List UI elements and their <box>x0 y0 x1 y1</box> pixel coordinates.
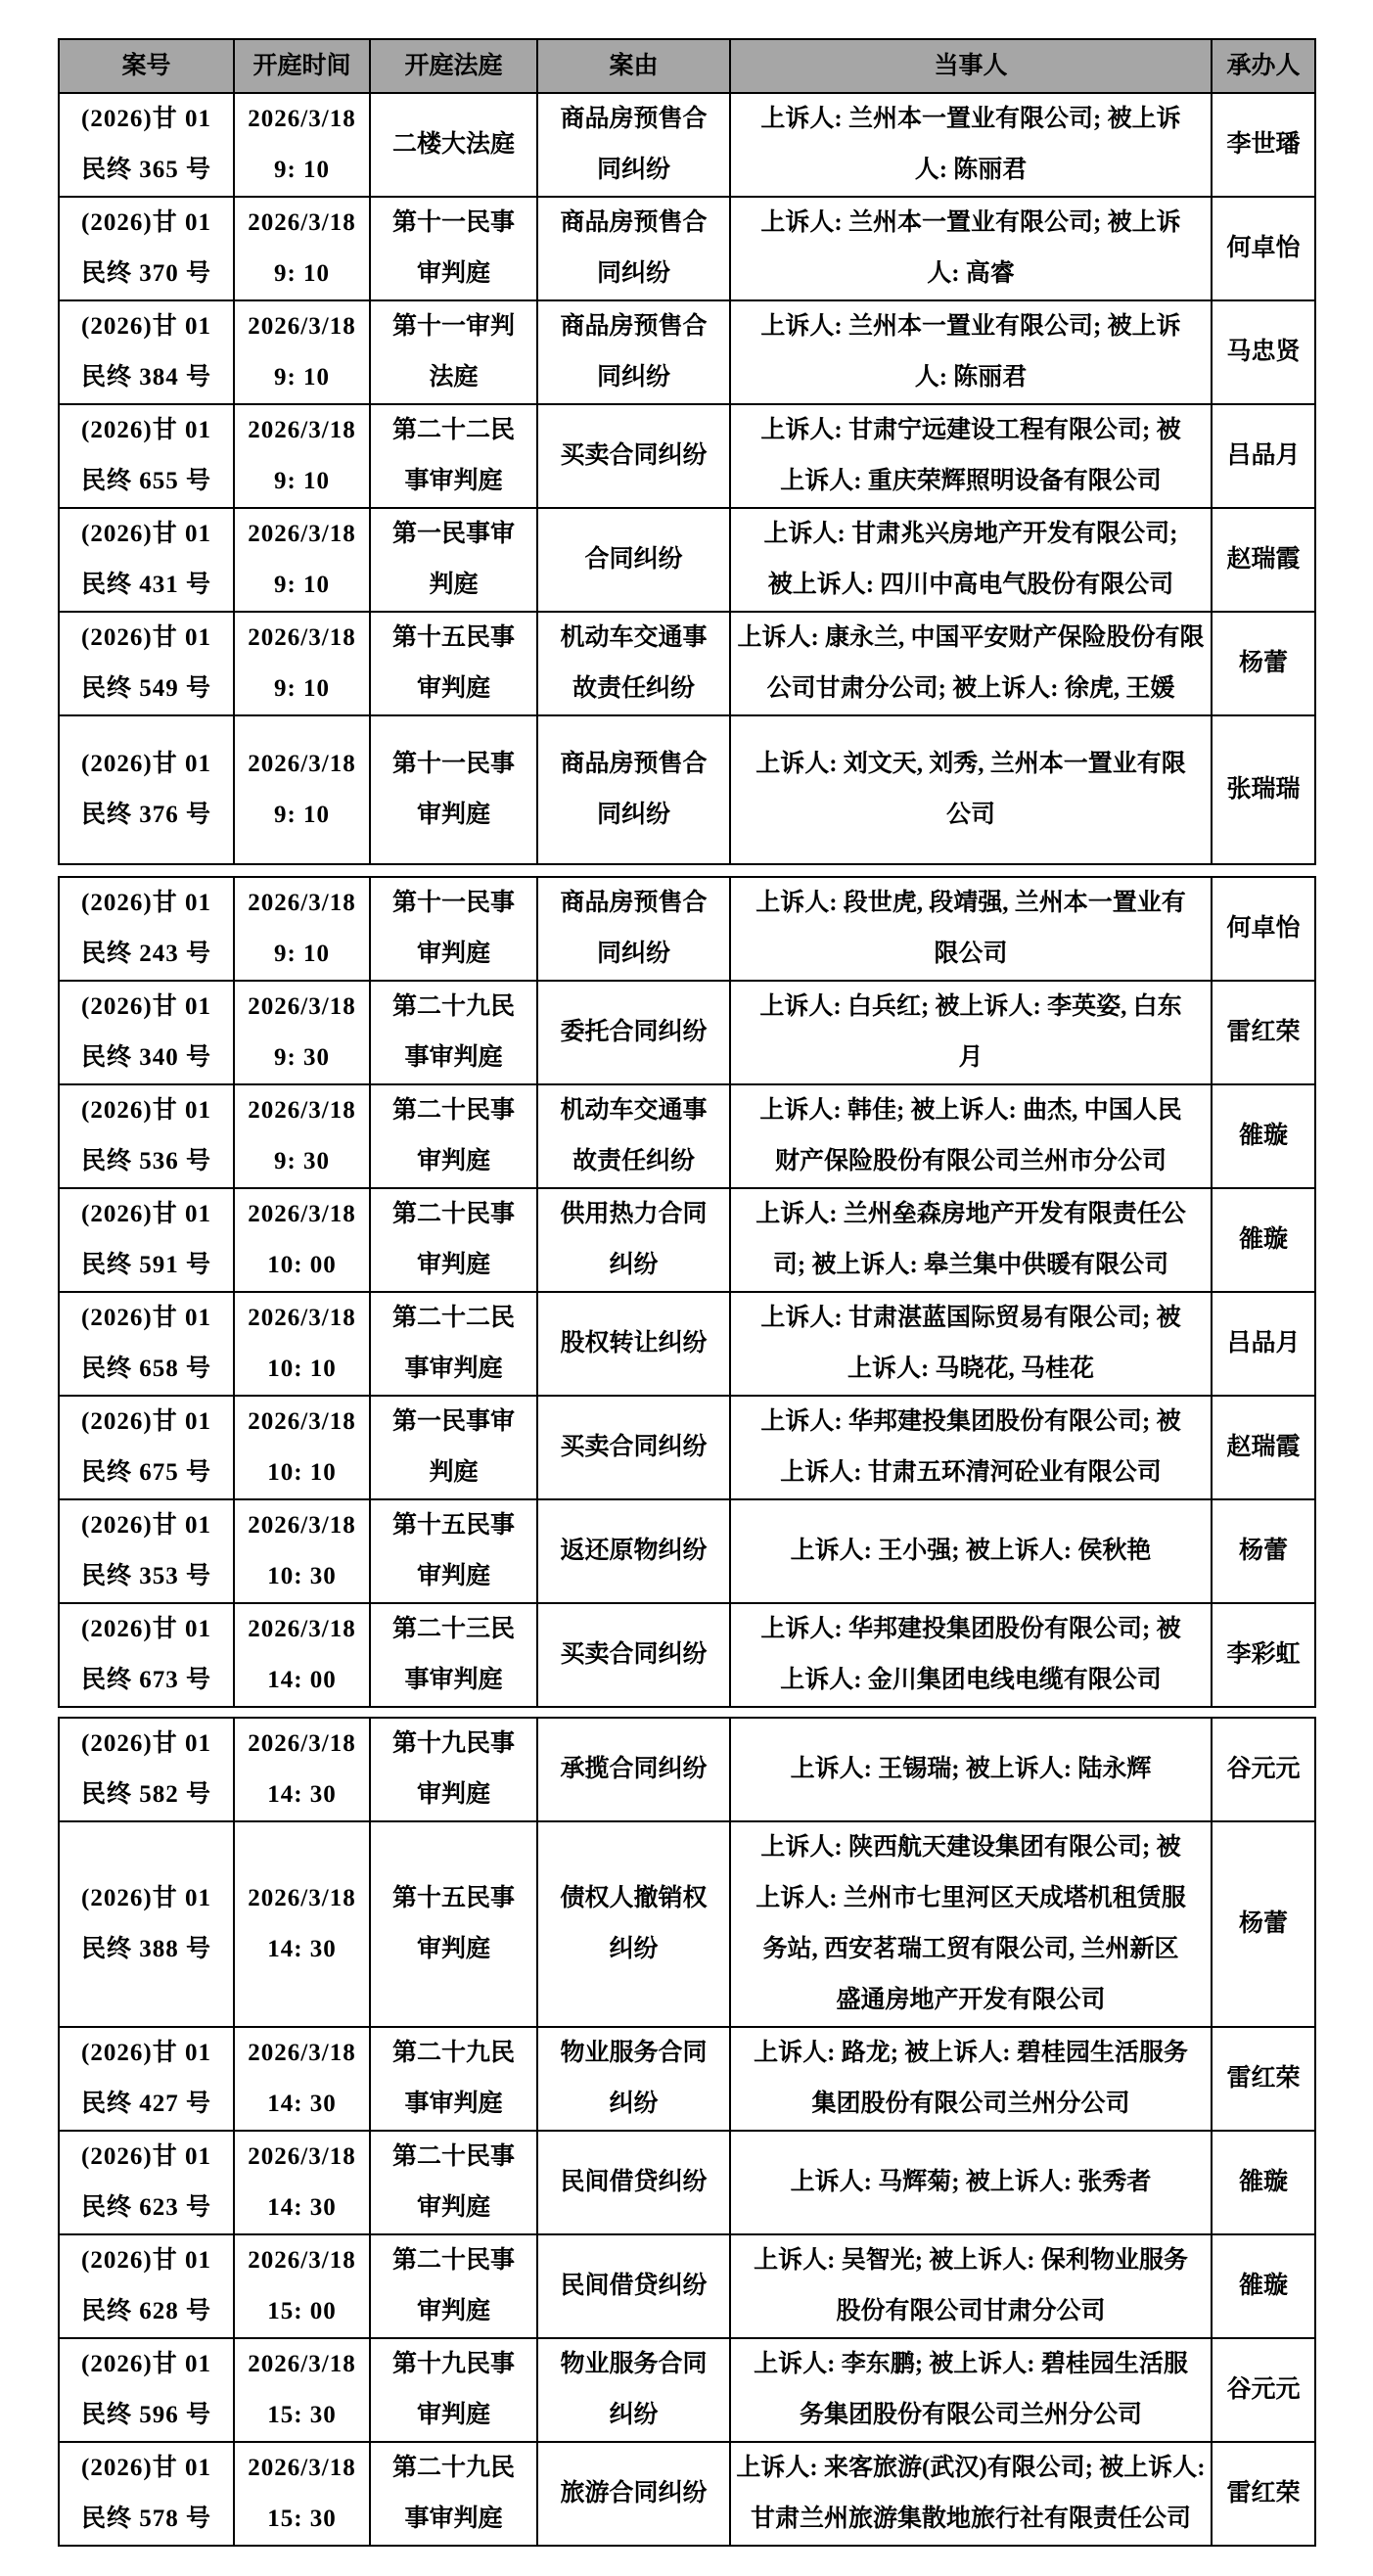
hearing-time: 2026/3/18 14: 30 <box>234 1821 370 2027</box>
parties: 上诉人: 王小强; 被上诉人: 侯秋艳 <box>730 1499 1212 1603</box>
cause-of-action: 合同纠纷 <box>537 508 730 612</box>
cause-of-action: 商品房预售合 同纠纷 <box>537 197 730 300</box>
table-row: (2026)甘 01 民终 431 号 2026/3/18 9: 10 第一民事… <box>59 508 1315 612</box>
hearing-time: 2026/3/18 9: 10 <box>234 877 370 981</box>
case-number: (2026)甘 01 民终 591 号 <box>59 1188 234 1292</box>
case-number: (2026)甘 01 民终 340 号 <box>59 981 234 1084</box>
table-row: (2026)甘 01 民终 675 号 2026/3/18 10: 10 第一民… <box>59 1396 1315 1499</box>
judge: 谷元元 <box>1212 2338 1315 2442</box>
judge: 雒璇 <box>1212 2131 1315 2234</box>
judge: 雒璇 <box>1212 1188 1315 1292</box>
parties: 上诉人: 兰州本一置业有限公司; 被上诉 人: 陈丽君 <box>730 300 1212 404</box>
courtroom: 第十五民事 审判庭 <box>370 1499 537 1603</box>
cause-of-action: 买卖合同纠纷 <box>537 1396 730 1499</box>
judge: 张瑞瑞 <box>1212 715 1315 864</box>
judge: 杨蕾 <box>1212 1821 1315 2027</box>
table-row: (2026)甘 01 民终 243 号 2026/3/18 9: 10 第十一民… <box>59 877 1315 981</box>
courtroom: 第十一民事 审判庭 <box>370 197 537 300</box>
judge: 吕品月 <box>1212 404 1315 508</box>
cause-of-action: 物业服务合同 纠纷 <box>537 2338 730 2442</box>
hearing-time: 2026/3/18 14: 30 <box>234 2131 370 2234</box>
case-number: (2026)甘 01 民终 388 号 <box>59 1821 234 2027</box>
judge: 雷红荣 <box>1212 2027 1315 2131</box>
cause-of-action: 返还原物纠纷 <box>537 1499 730 1603</box>
case-number: (2026)甘 01 民终 243 号 <box>59 877 234 981</box>
case-number: (2026)甘 01 民终 427 号 <box>59 2027 234 2131</box>
parties: 上诉人: 华邦建投集团股份有限公司; 被 上诉人: 甘肃五环清河砼业有限公司 <box>730 1396 1212 1499</box>
table-row: (2026)甘 01 民终 591 号 2026/3/18 10: 00 第二十… <box>59 1188 1315 1292</box>
table-row: (2026)甘 01 民终 628 号 2026/3/18 15: 00 第二十… <box>59 2234 1315 2338</box>
cause-of-action: 委托合同纠纷 <box>537 981 730 1084</box>
cause-of-action: 民间借贷纠纷 <box>537 2234 730 2338</box>
case-number: (2026)甘 01 民终 376 号 <box>59 715 234 864</box>
cause-of-action: 商品房预售合 同纠纷 <box>537 877 730 981</box>
header-cause: 案由 <box>537 39 730 93</box>
parties: 上诉人: 陕西航天建设集团有限公司; 被 上诉人: 兰州市七里河区天成塔机租赁服… <box>730 1821 1212 2027</box>
judge: 雒璇 <box>1212 2234 1315 2338</box>
judge: 杨蕾 <box>1212 1499 1315 1603</box>
hearing-time: 2026/3/18 9: 10 <box>234 93 370 197</box>
case-number: (2026)甘 01 民终 370 号 <box>59 197 234 300</box>
courtroom: 二楼大法庭 <box>370 93 537 197</box>
courtroom: 第十一审判 法庭 <box>370 300 537 404</box>
hearing-time: 2026/3/18 9: 30 <box>234 1084 370 1188</box>
schedule-table-1: 案号 开庭时间 开庭法庭 案由 当事人 承办人 (2026)甘 01 民终 36… <box>58 38 1316 865</box>
schedule-table-3: (2026)甘 01 民终 582 号 2026/3/18 14: 30 第十九… <box>58 1717 1316 2547</box>
parties: 上诉人: 马辉菊; 被上诉人: 张秀者 <box>730 2131 1212 2234</box>
table-row: (2026)甘 01 民终 353 号 2026/3/18 10: 30 第十五… <box>59 1499 1315 1603</box>
header-parties: 当事人 <box>730 39 1212 93</box>
hearing-time: 2026/3/18 10: 10 <box>234 1292 370 1396</box>
hearing-time: 2026/3/18 10: 00 <box>234 1188 370 1292</box>
header-row: 案号 开庭时间 开庭法庭 案由 当事人 承办人 <box>59 39 1315 93</box>
hearing-time: 2026/3/18 9: 10 <box>234 612 370 715</box>
hearing-time: 2026/3/18 9: 30 <box>234 981 370 1084</box>
parties: 上诉人: 白兵红; 被上诉人: 李英姿, 白东 月 <box>730 981 1212 1084</box>
table-row: (2026)甘 01 民终 340 号 2026/3/18 9: 30 第二十九… <box>59 981 1315 1084</box>
parties: 上诉人: 兰州本一置业有限公司; 被上诉 人: 高睿 <box>730 197 1212 300</box>
hearing-time: 2026/3/18 10: 30 <box>234 1499 370 1603</box>
schedule-table-2: (2026)甘 01 民终 243 号 2026/3/18 9: 10 第十一民… <box>58 876 1316 1708</box>
table-row: (2026)甘 01 民终 536 号 2026/3/18 9: 30 第二十民… <box>59 1084 1315 1188</box>
parties: 上诉人: 王锡瑞; 被上诉人: 陆永辉 <box>730 1718 1212 1821</box>
cause-of-action: 供用热力合同 纠纷 <box>537 1188 730 1292</box>
judge: 马忠贤 <box>1212 300 1315 404</box>
header-hearing-time: 开庭时间 <box>234 39 370 93</box>
courtroom: 第二十民事 审判庭 <box>370 2234 537 2338</box>
case-number: (2026)甘 01 民终 549 号 <box>59 612 234 715</box>
header-courtroom: 开庭法庭 <box>370 39 537 93</box>
hearing-time: 2026/3/18 10: 10 <box>234 1396 370 1499</box>
judge: 赵瑞霞 <box>1212 508 1315 612</box>
courtroom: 第二十九民 事审判庭 <box>370 2027 537 2131</box>
parties: 上诉人: 华邦建投集团股份有限公司; 被 上诉人: 金川集团电线电缆有限公司 <box>730 1603 1212 1707</box>
courtroom: 第十九民事 审判庭 <box>370 2338 537 2442</box>
parties: 上诉人: 康永兰, 中国平安财产保险股份有限 公司甘肃分公司; 被上诉人: 徐虎… <box>730 612 1212 715</box>
table-row: (2026)甘 01 民终 582 号 2026/3/18 14: 30 第十九… <box>59 1718 1315 1821</box>
parties: 上诉人: 甘肃宁远建设工程有限公司; 被 上诉人: 重庆荣辉照明设备有限公司 <box>730 404 1212 508</box>
judge: 雷红荣 <box>1212 981 1315 1084</box>
hearing-time: 2026/3/18 14: 00 <box>234 1603 370 1707</box>
case-number: (2026)甘 01 民终 536 号 <box>59 1084 234 1188</box>
parties: 上诉人: 吴智光; 被上诉人: 保利物业服务 股份有限公司甘肃分公司 <box>730 2234 1212 2338</box>
judge: 何卓怡 <box>1212 197 1315 300</box>
table-row: (2026)甘 01 民终 655 号 2026/3/18 9: 10 第二十二… <box>59 404 1315 508</box>
parties: 上诉人: 路龙; 被上诉人: 碧桂园生活服务 集团股份有限公司兰州分公司 <box>730 2027 1212 2131</box>
table-row: (2026)甘 01 民终 388 号 2026/3/18 14: 30 第十五… <box>59 1821 1315 2027</box>
hearing-time: 2026/3/18 15: 30 <box>234 2442 370 2546</box>
table-row: (2026)甘 01 民终 658 号 2026/3/18 10: 10 第二十… <box>59 1292 1315 1396</box>
courtroom: 第十九民事 审判庭 <box>370 1718 537 1821</box>
judge: 李世璠 <box>1212 93 1315 197</box>
case-number: (2026)甘 01 民终 623 号 <box>59 2131 234 2234</box>
judge: 赵瑞霞 <box>1212 1396 1315 1499</box>
table-row: (2026)甘 01 民终 376 号 2026/3/18 9: 10 第十一民… <box>59 715 1315 864</box>
case-number: (2026)甘 01 民终 578 号 <box>59 2442 234 2546</box>
table-row: (2026)甘 01 民终 673 号 2026/3/18 14: 00 第二十… <box>59 1603 1315 1707</box>
courtroom: 第十五民事 审判庭 <box>370 1821 537 2027</box>
courtroom: 第二十二民 事审判庭 <box>370 1292 537 1396</box>
hearing-time: 2026/3/18 14: 30 <box>234 1718 370 1821</box>
judge: 李彩虹 <box>1212 1603 1315 1707</box>
hearing-schedule-page: 案号 开庭时间 开庭法庭 案由 当事人 承办人 (2026)甘 01 民终 36… <box>0 0 1373 2576</box>
table-row: (2026)甘 01 民终 623 号 2026/3/18 14: 30 第二十… <box>59 2131 1315 2234</box>
table-row: (2026)甘 01 民终 578 号 2026/3/18 15: 30 第二十… <box>59 2442 1315 2546</box>
case-number: (2026)甘 01 民终 365 号 <box>59 93 234 197</box>
case-number: (2026)甘 01 民终 353 号 <box>59 1499 234 1603</box>
table-row: (2026)甘 01 民终 365 号 2026/3/18 9: 10 二楼大法… <box>59 93 1315 197</box>
courtroom: 第二十三民 事审判庭 <box>370 1603 537 1707</box>
judge: 雒璇 <box>1212 1084 1315 1188</box>
hearing-time: 2026/3/18 9: 10 <box>234 300 370 404</box>
hearing-time: 2026/3/18 14: 30 <box>234 2027 370 2131</box>
hearing-time: 2026/3/18 15: 30 <box>234 2338 370 2442</box>
parties: 上诉人: 韩佳; 被上诉人: 曲杰, 中国人民 财产保险股份有限公司兰州市分公司 <box>730 1084 1212 1188</box>
cause-of-action: 股权转让纠纷 <box>537 1292 730 1396</box>
parties: 上诉人: 李东鹏; 被上诉人: 碧桂园生活服 务集团股份有限公司兰州分公司 <box>730 2338 1212 2442</box>
courtroom: 第一民事审 判庭 <box>370 1396 537 1499</box>
cause-of-action: 买卖合同纠纷 <box>537 1603 730 1707</box>
judge: 何卓怡 <box>1212 877 1315 981</box>
cause-of-action: 商品房预售合 同纠纷 <box>537 715 730 864</box>
hearing-time: 2026/3/18 9: 10 <box>234 197 370 300</box>
hearing-time: 2026/3/18 15: 00 <box>234 2234 370 2338</box>
case-number: (2026)甘 01 民终 673 号 <box>59 1603 234 1707</box>
parties: 上诉人: 甘肃兆兴房地产开发有限公司; 被上诉人: 四川中高电气股份有限公司 <box>730 508 1212 612</box>
parties: 上诉人: 甘肃湛蓝国际贸易有限公司; 被 上诉人: 马晓花, 马桂花 <box>730 1292 1212 1396</box>
cause-of-action: 民间借贷纠纷 <box>537 2131 730 2234</box>
table-row: (2026)甘 01 民终 384 号 2026/3/18 9: 10 第十一审… <box>59 300 1315 404</box>
table-row: (2026)甘 01 民终 549 号 2026/3/18 9: 10 第十五民… <box>59 612 1315 715</box>
case-number: (2026)甘 01 民终 628 号 <box>59 2234 234 2338</box>
courtroom: 第二十二民 事审判庭 <box>370 404 537 508</box>
courtroom: 第二十九民 事审判庭 <box>370 2442 537 2546</box>
table-row: (2026)甘 01 民终 596 号 2026/3/18 15: 30 第十九… <box>59 2338 1315 2442</box>
parties: 上诉人: 段世虎, 段靖强, 兰州本一置业有 限公司 <box>730 877 1212 981</box>
cause-of-action: 物业服务合同 纠纷 <box>537 2027 730 2131</box>
courtroom: 第二十民事 审判庭 <box>370 1188 537 1292</box>
cause-of-action: 买卖合同纠纷 <box>537 404 730 508</box>
courtroom: 第二十民事 审判庭 <box>370 2131 537 2234</box>
case-number: (2026)甘 01 民终 675 号 <box>59 1396 234 1499</box>
cause-of-action: 承揽合同纠纷 <box>537 1718 730 1821</box>
cause-of-action: 机动车交通事 故责任纠纷 <box>537 1084 730 1188</box>
hearing-time: 2026/3/18 9: 10 <box>234 508 370 612</box>
courtroom: 第十一民事 审判庭 <box>370 715 537 864</box>
hearing-time: 2026/3/18 9: 10 <box>234 715 370 864</box>
case-number: (2026)甘 01 民终 582 号 <box>59 1718 234 1821</box>
judge: 谷元元 <box>1212 1718 1315 1821</box>
judge: 吕品月 <box>1212 1292 1315 1396</box>
courtroom: 第一民事审 判庭 <box>370 508 537 612</box>
table-row: (2026)甘 01 民终 370 号 2026/3/18 9: 10 第十一民… <box>59 197 1315 300</box>
cause-of-action: 债权人撤销权 纠纷 <box>537 1821 730 2027</box>
case-number: (2026)甘 01 民终 384 号 <box>59 300 234 404</box>
parties: 上诉人: 兰州本一置业有限公司; 被上诉 人: 陈丽君 <box>730 93 1212 197</box>
parties: 上诉人: 兰州垒森房地产开发有限责任公 司; 被上诉人: 皋兰集中供暖有限公司 <box>730 1188 1212 1292</box>
courtroom: 第十一民事 审判庭 <box>370 877 537 981</box>
cause-of-action: 商品房预售合 同纠纷 <box>537 300 730 404</box>
header-judge: 承办人 <box>1212 39 1315 93</box>
judge: 杨蕾 <box>1212 612 1315 715</box>
case-number: (2026)甘 01 民终 655 号 <box>59 404 234 508</box>
parties: 上诉人: 来客旅游(武汉)有限公司; 被上诉人: 甘肃兰州旅游集散地旅行社有限责… <box>730 2442 1212 2546</box>
header-case-number: 案号 <box>59 39 234 93</box>
courtroom: 第十五民事 审判庭 <box>370 612 537 715</box>
table-row: (2026)甘 01 民终 427 号 2026/3/18 14: 30 第二十… <box>59 2027 1315 2131</box>
case-number: (2026)甘 01 民终 431 号 <box>59 508 234 612</box>
hearing-time: 2026/3/18 9: 10 <box>234 404 370 508</box>
parties: 上诉人: 刘文天, 刘秀, 兰州本一置业有限 公司 <box>730 715 1212 864</box>
cause-of-action: 商品房预售合 同纠纷 <box>537 93 730 197</box>
cause-of-action: 机动车交通事 故责任纠纷 <box>537 612 730 715</box>
cause-of-action: 旅游合同纠纷 <box>537 2442 730 2546</box>
courtroom: 第二十九民 事审判庭 <box>370 981 537 1084</box>
courtroom: 第二十民事 审判庭 <box>370 1084 537 1188</box>
judge: 雷红荣 <box>1212 2442 1315 2546</box>
case-number: (2026)甘 01 民终 658 号 <box>59 1292 234 1396</box>
case-number: (2026)甘 01 民终 596 号 <box>59 2338 234 2442</box>
